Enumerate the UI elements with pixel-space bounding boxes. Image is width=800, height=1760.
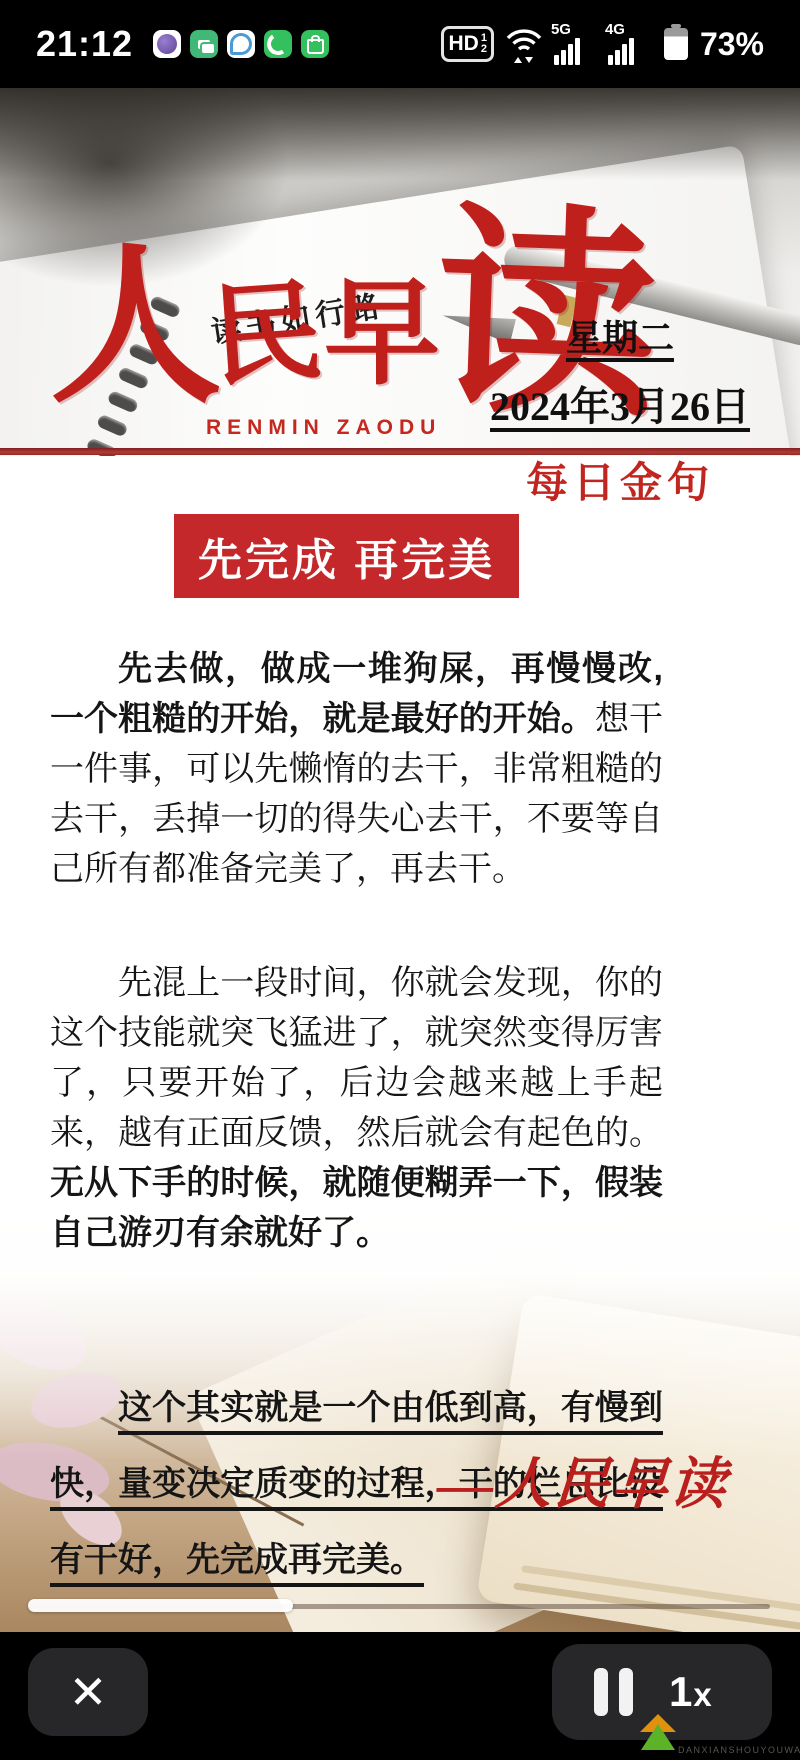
paragraph-2: 先混上一段时间，你就会发现，你的这个技能就突飞猛进了，就突然变得厉害了，只要开始… bbox=[50, 958, 663, 1258]
data-transfer-arrows-icon bbox=[514, 57, 533, 63]
phone-app-icon bbox=[264, 30, 292, 58]
battery-percent: 73% bbox=[700, 26, 764, 63]
title-char: 早 bbox=[324, 282, 440, 389]
paragraph-1-bold: 先去做，做成一堆狗屎，再慢慢改,一个粗糙的开始，就是最好的开始。 bbox=[50, 650, 663, 738]
paragraph-2-bold: 无从下手的时候，就随便糊弄一下，假装自己游刃有余就好了。 bbox=[50, 1164, 663, 1252]
speed-button[interactable]: 1 x bbox=[669, 1668, 712, 1716]
clock: 21:12 bbox=[36, 23, 133, 65]
status-indicators: HD 1 2 5G 4G bbox=[441, 24, 764, 65]
quote-content: 先完成 再完美 先去做，做成一堆狗屎，再慢慢改,一个粗糙的开始，就是最好的开始。… bbox=[0, 456, 800, 1598]
sim2-label: 2 bbox=[481, 44, 487, 55]
watermark-arrow-icon bbox=[641, 1724, 675, 1750]
paragraph-2-normal: 先混上一段时间，你就会发现，你的这个技能就突飞猛进了，就突然变得厉害了，只要开始… bbox=[50, 964, 663, 1152]
phone-screen: 21:12 HD 1 2 bbox=[0, 0, 800, 1760]
title-char: 民 bbox=[209, 281, 326, 390]
wifi-icon bbox=[506, 27, 542, 61]
poster-image: 读书如行路 人 民 早 读 RENMIN ZAODU 星期二 2024年3月26… bbox=[0, 88, 800, 1632]
title-latin: RENMIN ZAODU bbox=[206, 416, 441, 440]
close-button[interactable]: ✕ bbox=[28, 1648, 148, 1736]
paragraph-1: 先去做，做成一堆狗屎，再慢慢改,一个粗糙的开始，就是最好的开始。想干一件事，可以… bbox=[50, 644, 663, 894]
title-char: 人 bbox=[50, 250, 222, 408]
player-bar: ✕ 1 x DANXIANSHOUYOUWANG bbox=[0, 1632, 800, 1760]
watermark-text: DANXIANSHOUYOUWANG bbox=[678, 1745, 800, 1755]
status-bar: 21:12 HD 1 2 bbox=[0, 0, 800, 88]
store-app-icon bbox=[301, 30, 329, 58]
video-progress-played[interactable] bbox=[28, 1599, 293, 1612]
headline-banner: 先完成 再完美 bbox=[174, 514, 519, 598]
battery-icon bbox=[664, 28, 688, 60]
browser-app-icon bbox=[153, 30, 181, 58]
red-divider bbox=[0, 448, 800, 455]
speed-unit: x bbox=[693, 1676, 711, 1714]
signal-sim1-icon: 5G bbox=[554, 24, 596, 65]
messages-app-icon bbox=[190, 30, 218, 58]
notification-icons bbox=[153, 30, 329, 58]
chat-app-icon bbox=[227, 30, 255, 58]
hd-voice-icon: HD 1 2 bbox=[441, 26, 493, 62]
speed-value: 1 bbox=[669, 1668, 692, 1716]
close-icon: ✕ bbox=[69, 1665, 108, 1719]
weekday-label: 星期二 bbox=[490, 310, 750, 361]
signal-sim2-icon: 4G bbox=[608, 24, 650, 65]
date-label: 2024年3月26日 bbox=[490, 375, 750, 432]
signature: —人民早读 bbox=[435, 1440, 731, 1520]
pause-button[interactable] bbox=[594, 1668, 633, 1716]
photo-top-shadow bbox=[0, 88, 800, 180]
